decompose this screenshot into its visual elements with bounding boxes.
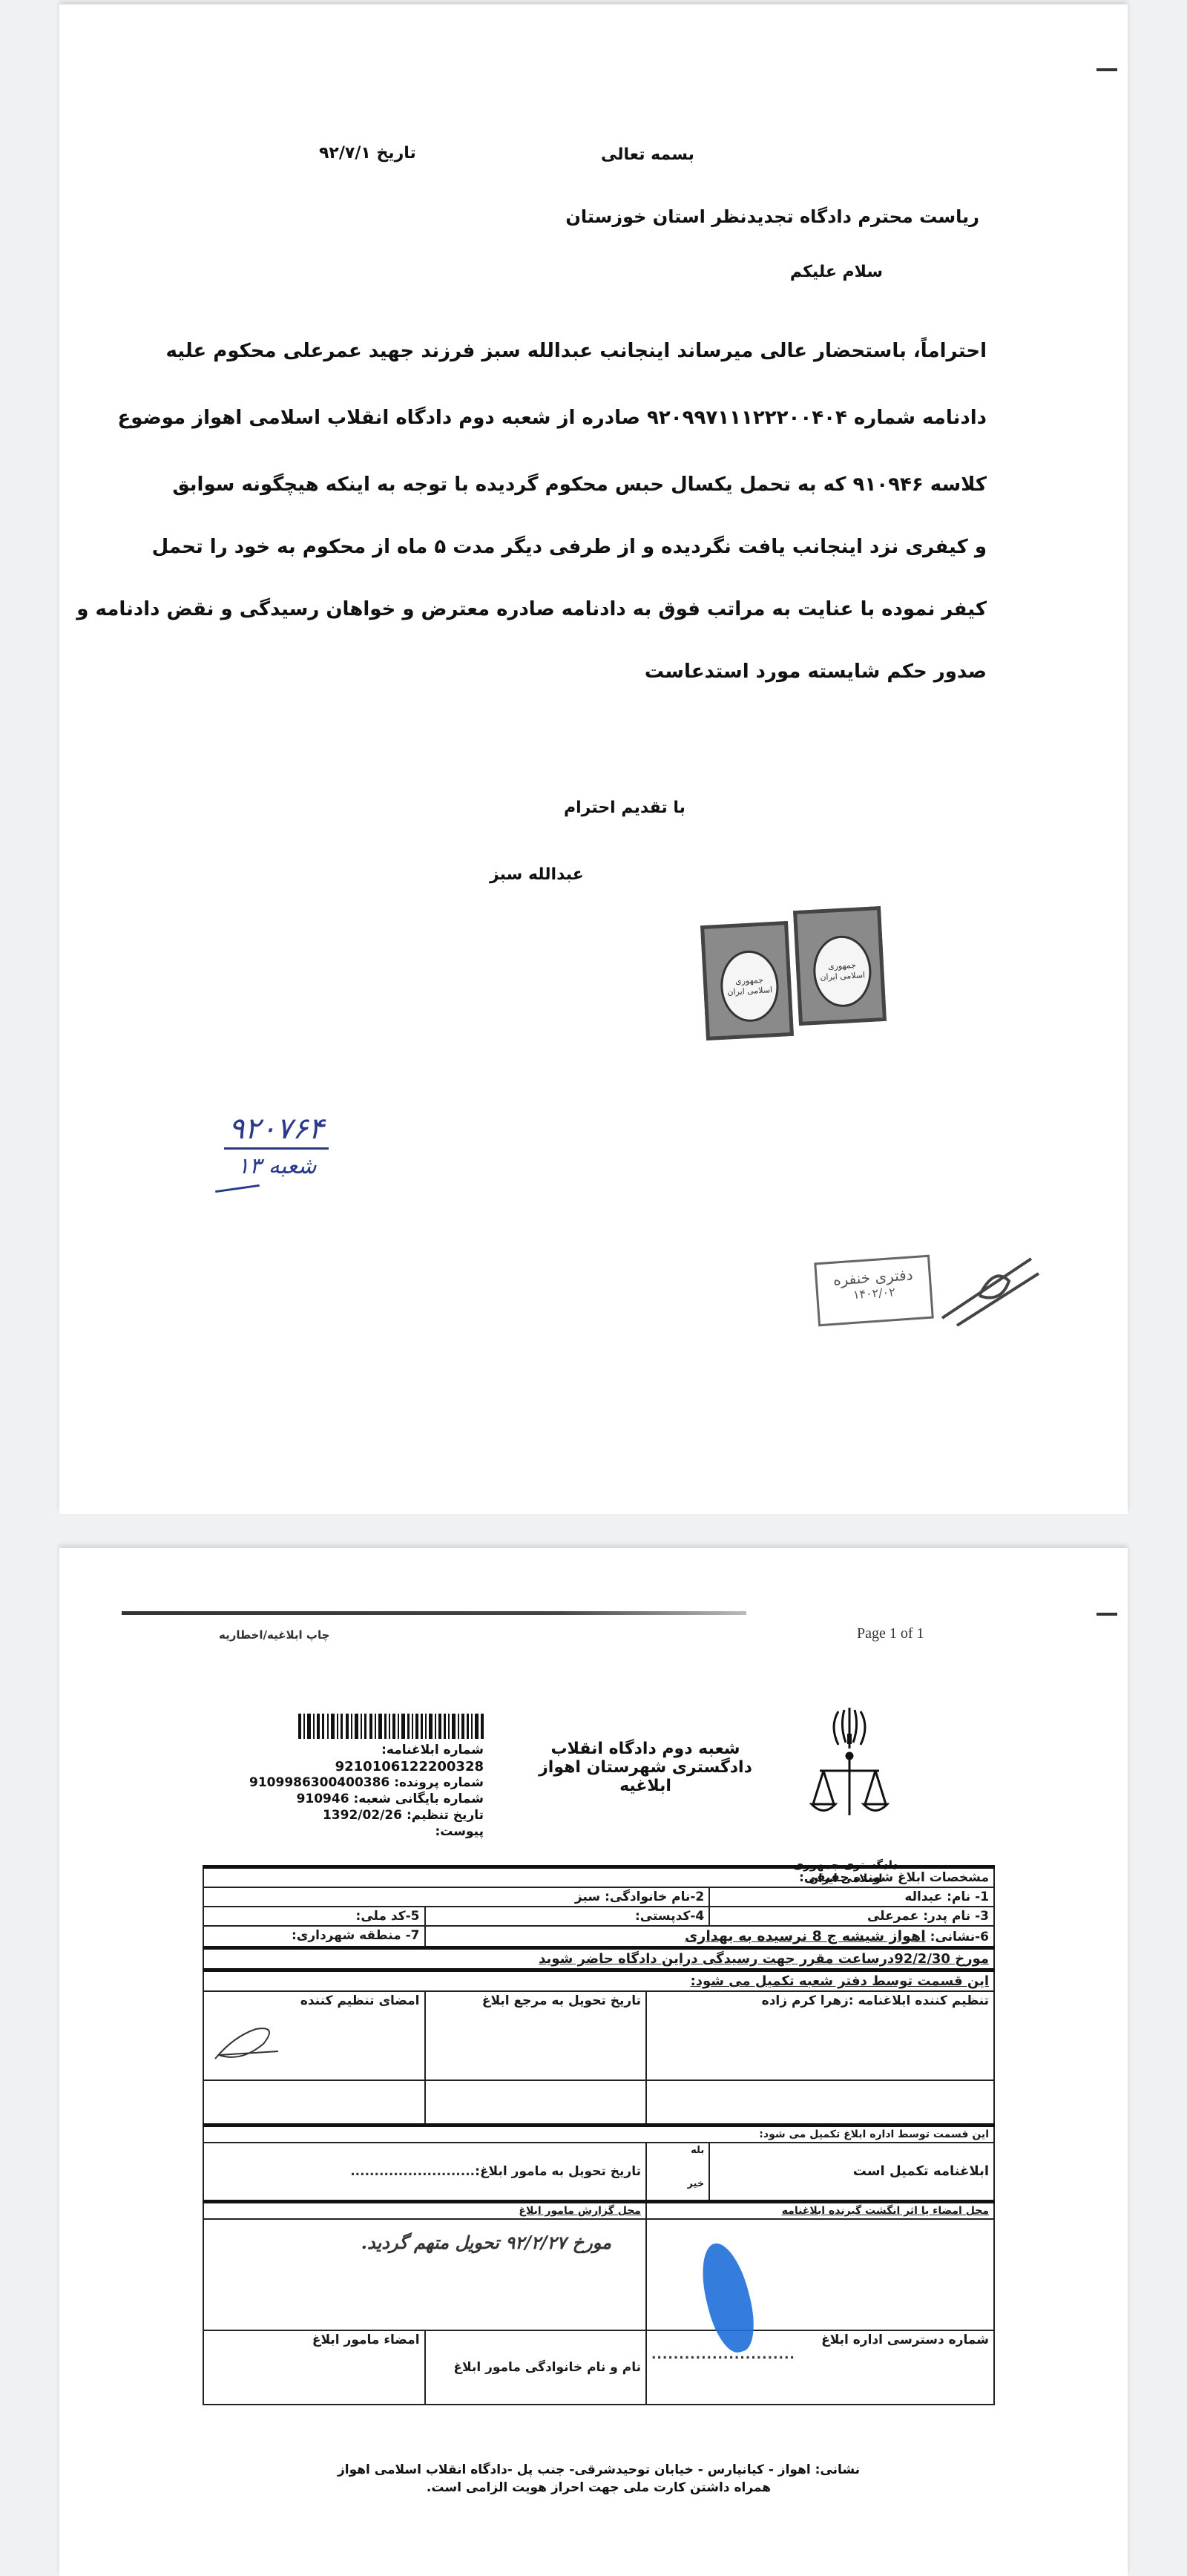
footer-address: نشانی: اهواز - کیانپارس - خیابان توحیدشر… bbox=[203, 2461, 995, 2479]
archive-number-label: شماره بایگانی شعبه: bbox=[353, 1792, 484, 1806]
scanned-page-1: بسمه تعالی تاریخ ۹۲/۷/۱ ریاست محترم دادگ… bbox=[59, 4, 1128, 1514]
national-id-cell: 5-کد ملی: bbox=[203, 1907, 425, 1926]
branch-section-header: این قسمت توسط دفتر شعبه تکمیل می شود: bbox=[203, 1970, 994, 1992]
preparer-signature-cell: امضای تنظیم کننده bbox=[203, 1991, 425, 2080]
issue-date-label: تاریخ تنظیم: bbox=[407, 1808, 484, 1823]
address-cell: 6-نشانی: اهواز شیشه ج 8 نرسیده به بهداری bbox=[425, 1926, 994, 1948]
date-line: تاریخ ۹۲/۷/۱ bbox=[319, 144, 416, 163]
received-stamp: دفتری خنفره ۱۴۰۲/۰۲ bbox=[814, 1255, 934, 1327]
officer-name-cell: نام و نام خانوادگی مامور ابلاغ bbox=[425, 2330, 646, 2405]
fingerprint-cell bbox=[646, 2219, 994, 2330]
officer-report-header: محل گزارش مامور ابلاغ bbox=[203, 2202, 646, 2220]
print-label: چاپ ابلاغیه/اخطاریه bbox=[219, 1628, 329, 1642]
access-number-cell: شماره دسترسی اداره ابلاغ................… bbox=[646, 2330, 994, 2405]
document-type: ابلاغیه bbox=[519, 1777, 772, 1795]
officer-delivery-cell: تاریخ تحویل به مامور ابلاغ:.............… bbox=[203, 2143, 646, 2202]
access-number-label: شماره دسترسی اداره ابلاغ bbox=[821, 2333, 989, 2347]
yes-option: بله bbox=[651, 2145, 704, 2156]
last-name-label: 2-نام خانوادگی: bbox=[605, 1890, 704, 1904]
first-name-label: 1- نام: bbox=[947, 1890, 989, 1904]
preparer-cell: تنظیم کننده ابلاغنامه :زهرا کرم زاده bbox=[646, 1991, 994, 2080]
court-branch: شعبه دوم دادگاه انقلاب bbox=[519, 1740, 772, 1758]
scan-edge-mark bbox=[1096, 68, 1117, 71]
stamp-oval-text: جمهوری اسلامی ایران bbox=[719, 949, 780, 1023]
preparer-signature bbox=[211, 2022, 286, 2066]
archive-number: شماره بایگانی شعبه: 910946 bbox=[297, 1792, 484, 1806]
body-line: کیفر نموده با عنایت به مراتب فوق به دادن… bbox=[185, 598, 987, 620]
scanned-page-2: چاپ ابلاغیه/اخطاریه Page 1 of 1 شماره اب… bbox=[59, 1548, 1128, 2576]
recipient-section-header: مشخصات ابلاغ شونده حقیقی: bbox=[203, 1867, 994, 1888]
body-line: و کیفری نزد اینجانب یافت نگردیده و از طر… bbox=[185, 536, 987, 558]
address-value: اهواز شیشه ج 8 نرسیده به بهداری bbox=[685, 1928, 926, 1944]
postal-code-cell: 4-کدپستی: bbox=[425, 1907, 710, 1926]
no-option: خیر bbox=[651, 2178, 704, 2189]
case-number: شماره پرونده: 9109986300400386 bbox=[249, 1775, 484, 1790]
preparer-value: زهرا کرم زاده bbox=[762, 1993, 849, 2008]
case-number-value: 9109986300400386 bbox=[249, 1775, 389, 1790]
date-label: تاریخ bbox=[376, 144, 415, 163]
case-number-label: شماره پرونده: bbox=[394, 1775, 484, 1790]
page-indicator: Page 1 of 1 bbox=[857, 1625, 924, 1642]
body-line: کلاسه ۹۱۰۹۴۶ که به تحمل یکسال حبس محکوم … bbox=[185, 473, 987, 496]
court-title: شعبه دوم دادگاه انقلاب دادگستری شهرستان … bbox=[519, 1740, 772, 1795]
officer-report-cell: مورخ ۹۲/۲/۲۷ تحویل متهم گردید. bbox=[203, 2219, 646, 2330]
delivery-date-cell: تاریخ تحویل به مرجع ابلاغ bbox=[425, 1991, 646, 2080]
father-name-cell: 3- نام پدر: عمرعلی bbox=[709, 1907, 994, 1926]
district-cell: 7- منطقه شهرداری: bbox=[203, 1926, 425, 1948]
date-value: ۹۲/۷/۱ bbox=[319, 144, 371, 163]
last-name-value: سبز bbox=[575, 1890, 600, 1904]
footer: نشانی: اهواز - کیانپارس - خیابان توحیدشر… bbox=[203, 2461, 995, 2497]
completeness-cell: ابلاغنامه تکمیل است bbox=[709, 2143, 994, 2202]
handwritten-branch: شعبه ۱۳ bbox=[237, 1153, 317, 1179]
signature-scribble bbox=[935, 1251, 1046, 1333]
notification-form: مشخصات ابلاغ شونده حقیقی: 1- نام: عبداله… bbox=[203, 1865, 995, 2405]
top-rule bbox=[122, 1611, 746, 1615]
recipient-signature-header: محل امضاء یا اثر انگشت گیرنده ابلاغنامه bbox=[646, 2202, 994, 2220]
handwritten-dash bbox=[215, 1184, 260, 1193]
handwritten-number: ۹۲۰۷۶۴ bbox=[224, 1112, 329, 1150]
attachment-label: پیوست: bbox=[435, 1824, 484, 1839]
officer-signature-cell: امضاء مامور ابلاغ bbox=[203, 2330, 425, 2405]
first-name-cell: 1- نام: عبداله bbox=[709, 1887, 994, 1907]
invocation: بسمه تعالی bbox=[601, 145, 694, 164]
archive-number-value: 910946 bbox=[297, 1792, 349, 1806]
office-section-header: این قسمت توسط اداره ابلاغ تکمیل می شود: bbox=[203, 2125, 994, 2143]
summons-text: مورخ 92/2/30درساعت مقرر جهت رسیدگی دراین… bbox=[203, 1948, 994, 1970]
court-city: دادگستری شهرستان اهواز bbox=[519, 1758, 772, 1777]
judiciary-scales-emblem-icon bbox=[809, 1704, 890, 1830]
father-name-value: عمرعلی bbox=[867, 1909, 918, 1924]
issue-date-value: 1392/02/26 bbox=[323, 1808, 402, 1823]
barcode-icon bbox=[298, 1714, 484, 1739]
body-line: احتراماً، باستحضار عالی میرساند اینجانب … bbox=[185, 340, 987, 362]
preparer-label: تنظیم کننده ابلاغنامه : bbox=[849, 1993, 989, 2008]
notice-number-value: 9210106122200328 bbox=[335, 1759, 484, 1774]
first-name-value: عبداله bbox=[904, 1890, 942, 1904]
body-line: صدور حکم شایسته مورد استدعاست bbox=[645, 661, 987, 683]
stamp-oval-text: جمهوری اسلامی ایران bbox=[812, 934, 873, 1009]
address-label: 6-نشانی: bbox=[930, 1930, 989, 1944]
footer-id-notice: همراه داشتن کارت ملی جهت احراز هویت الزا… bbox=[203, 2479, 995, 2497]
scan-edge-mark bbox=[1096, 1613, 1117, 1616]
last-name-cell: 2-نام خانوادگی: سبز bbox=[203, 1887, 709, 1907]
officer-report-handwritten: مورخ ۹۲/۲/۲۷ تحویل متهم گردید. bbox=[208, 2232, 611, 2253]
notice-number-label: شماره ابلاغنامه: bbox=[381, 1743, 484, 1757]
body-line: دادنامه شماره ۹۲۰۹۹۷۱۱۱۲۲۲۰۰۴۰۴ صادره از… bbox=[185, 407, 987, 429]
yes-no-cell: بله خیر bbox=[646, 2143, 709, 2202]
signature-name: عبدالله سبز bbox=[490, 865, 584, 884]
preparer-signature-label: امضای تنظیم کننده bbox=[300, 1993, 420, 2008]
officer-delivery-label: تاریخ تحویل به مامور ابلاغ: bbox=[475, 2164, 641, 2179]
father-name-label: 3- نام پدر: bbox=[923, 1909, 989, 1924]
issue-date: تاریخ تنظیم: 1392/02/26 bbox=[323, 1808, 484, 1823]
revenue-stamp: جمهوری اسلامی ایران bbox=[793, 906, 887, 1026]
closing: با تقدیم احترام bbox=[564, 799, 685, 817]
revenue-stamp: جمهوری اسلامی ایران bbox=[700, 921, 794, 1040]
greeting: سلام علیکم bbox=[790, 263, 883, 281]
addressee: ریاست محترم دادگاه تجدیدنظر استان خوزستا… bbox=[565, 206, 979, 227]
